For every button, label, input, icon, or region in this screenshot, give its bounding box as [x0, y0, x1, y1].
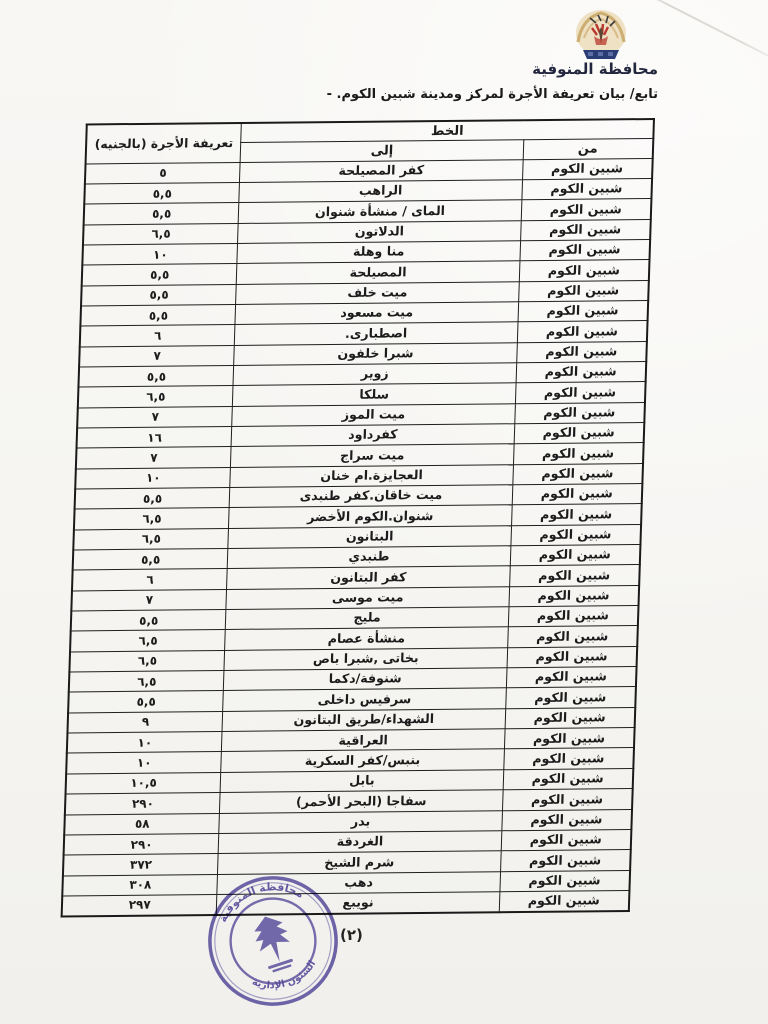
to-cell: مليج — [226, 607, 509, 630]
fare-cell: ١٠ — [67, 732, 223, 754]
to-cell: الشهداء/طريق البتانون — [222, 709, 505, 732]
fare-cell: ١٠,٥ — [66, 772, 222, 794]
fare-cell: ٢٩٧ — [62, 894, 218, 916]
from-cell: شبين الكوم — [518, 300, 649, 322]
from-cell: شبين الكوم — [506, 667, 637, 689]
fare-header-cell: تعريفة الأجرة (بالجنيه) — [86, 123, 242, 163]
to-cell: بابل — [221, 770, 504, 793]
fare-cell: ٦,٥ — [70, 630, 226, 652]
scanned-document-page: محافظة المنوفية تابع/ بيان تعريفة الأجرة… — [0, 0, 768, 1024]
from-cell: شبين الكوم — [511, 504, 642, 526]
to-cell: الدلاتون — [238, 220, 521, 243]
from-cell: شبين الكوم — [520, 219, 651, 241]
fare-cell: ٦,٥ — [83, 223, 239, 245]
fare-cell: ٥,٥ — [81, 284, 237, 306]
from-cell: شبين الكوم — [501, 809, 632, 831]
from-cell: شبين الكوم — [517, 321, 648, 343]
to-cell: ميت خاقان.كفر طنبدى — [230, 485, 513, 508]
to-cell: الراهب — [239, 180, 522, 203]
fare-cell: ٦,٥ — [78, 386, 234, 408]
fare-cell: ٧ — [77, 406, 233, 428]
from-cell: شبين الكوم — [507, 626, 638, 648]
scan-crease-line — [614, 0, 768, 69]
fare-cell: ٥,٥ — [84, 182, 240, 204]
fare-cell: ٥,٥ — [68, 691, 224, 713]
from-cell: شبين الكوم — [521, 178, 652, 200]
document-subtitle: تابع/ بيان تعريفة الأجرة لمركز ومدينة شب… — [327, 87, 658, 102]
fare-cell: ١٠ — [66, 752, 222, 774]
fare-cell: ٥٨ — [64, 813, 220, 835]
to-cell: الغردقة — [219, 831, 502, 854]
fare-cell: ٥,٥ — [82, 264, 238, 286]
to-cell: منا وهلة — [237, 241, 520, 264]
to-cell: بخاتى ,شبرا باص — [224, 648, 507, 671]
to-cell: ميت موسى — [226, 586, 509, 609]
fare-cell: ٦,٥ — [69, 671, 225, 693]
fare-cell: ٩ — [67, 711, 223, 733]
to-cell: ميت سراج — [231, 444, 514, 467]
from-cell: شبين الكوم — [504, 728, 635, 750]
to-cell: البتانون — [228, 525, 511, 548]
from-cell: شبين الكوم — [503, 748, 634, 770]
fare-table: الخط تعريفة الأجرة (بالجنيه) من إلى شبين… — [61, 118, 655, 917]
fare-cell: ٥,٥ — [71, 610, 227, 632]
to-cell: كفر البتانون — [227, 566, 510, 589]
to-cell: اصطبارى. — [235, 322, 518, 345]
fare-table-wrapper: الخط تعريفة الأجرة (بالجنيه) من إلى شبين… — [63, 118, 655, 917]
fare-cell: ٧ — [79, 345, 235, 367]
fare-cell: ١٠ — [75, 467, 231, 489]
fare-cell: ٦,٥ — [74, 508, 230, 530]
from-cell: شبين الكوم — [514, 422, 645, 444]
from-cell: شبين الكوم — [501, 829, 632, 851]
fare-cell: ١٦ — [76, 426, 232, 448]
from-cell: شبين الكوم — [521, 199, 652, 221]
to-cell: بدر — [219, 810, 502, 833]
from-cell: شبين الكوم — [510, 545, 641, 567]
to-cell: الماى / منشأة شنوان — [239, 200, 522, 223]
fare-cell: ٦ — [80, 325, 236, 347]
fare-cell: ١٠ — [82, 243, 238, 265]
from-cell: شبين الكوم — [503, 768, 634, 790]
from-cell: شبين الكوم — [507, 646, 638, 668]
from-cell: شبين الكوم — [516, 361, 647, 383]
from-cell: شبين الكوم — [519, 239, 650, 261]
from-cell: شبين الكوم — [513, 443, 644, 465]
to-cell: المصيلحة — [237, 261, 520, 284]
fare-cell: ٣٧٢ — [63, 854, 219, 876]
to-cell: ميت الموز — [232, 403, 515, 426]
to-header-cell: إلى — [241, 140, 524, 162]
fare-cell: ٥,٥ — [75, 487, 231, 509]
to-cell: شبرا خلفون — [234, 342, 517, 365]
fare-cell: ٦ — [72, 569, 228, 591]
fare-table-body: شبين الكومكفر المصيلحة٥شبين الكومالراهب٥… — [62, 158, 653, 916]
to-cell: منشأة عصام — [225, 627, 508, 650]
from-cell: شبين الكوم — [499, 870, 630, 892]
from-cell: شبين الكوم — [499, 890, 630, 912]
to-cell: سلكا — [233, 383, 516, 406]
from-cell: شبين الكوم — [505, 707, 636, 729]
fare-cell: ٥,٥ — [78, 365, 234, 387]
from-cell: شبين الكوم — [516, 341, 647, 363]
from-header-cell: من — [523, 139, 654, 160]
fare-cell: ٦,٥ — [73, 528, 229, 550]
from-cell: شبين الكوم — [512, 463, 643, 485]
to-cell: شنوان.الكوم الأخضر — [229, 505, 512, 528]
to-cell: بنبس/كفر السكرية — [221, 749, 504, 772]
egypt-coat-of-arms-icon — [570, 6, 632, 66]
fare-cell: ٥ — [85, 162, 241, 184]
official-stamp: محافظة المنوفية الشئون الإدارية — [204, 872, 342, 1010]
to-cell: العجايزة.ام خنان — [230, 464, 513, 487]
fare-cell: ٦,٥ — [69, 650, 225, 672]
from-cell: شبين الكوم — [515, 382, 646, 404]
to-cell: كفرداود — [232, 424, 515, 447]
fare-cell: ٧ — [76, 447, 232, 469]
from-cell: شبين الكوم — [508, 606, 639, 628]
table-row: شبين الكومنويبع٢٩٧ — [62, 890, 630, 916]
to-cell: شنوفة/دكما — [224, 668, 507, 691]
fare-cell: ٥,٥ — [73, 548, 229, 570]
from-cell: شبين الكوم — [518, 280, 649, 302]
governorate-title: محافظة المنوفية — [532, 60, 658, 78]
to-cell: ميت خلف — [236, 281, 519, 304]
fare-cell: ٢٩٠ — [64, 833, 220, 855]
from-cell: شبين الكوم — [502, 789, 633, 811]
to-cell: شرم الشيخ — [218, 851, 501, 874]
stamp-eagle-icon — [249, 911, 298, 974]
from-cell: شبين الكوم — [512, 484, 643, 506]
to-cell: كفر المصيلحة — [240, 159, 523, 182]
from-cell: شبين الكوم — [500, 850, 631, 872]
from-cell: شبين الكوم — [510, 524, 641, 546]
to-cell: طنبدي — [228, 546, 511, 569]
from-cell: شبين الكوم — [522, 158, 653, 180]
fare-cell: ٥,٥ — [84, 203, 240, 225]
to-cell: زوير — [233, 363, 516, 386]
from-cell: شبين الكوم — [509, 565, 640, 587]
fare-cell: ٣٠٨ — [62, 874, 218, 896]
from-cell: شبين الكوم — [505, 687, 636, 709]
fare-cell: ٢٩٠ — [65, 793, 221, 815]
fare-cell: ٧ — [71, 589, 227, 611]
from-cell: شبين الكوم — [514, 402, 645, 424]
from-cell: شبين الكوم — [519, 260, 650, 282]
to-cell: العراقية — [222, 729, 505, 752]
from-cell: شبين الكوم — [508, 585, 639, 607]
to-cell: سرفيس داخلى — [223, 688, 506, 711]
fare-cell: ٥,٥ — [80, 304, 236, 326]
to-cell: ميت مسعود — [235, 302, 518, 325]
to-cell: سفاجا (البحر الأحمر) — [220, 790, 503, 813]
page-number: (٢) — [340, 926, 363, 944]
